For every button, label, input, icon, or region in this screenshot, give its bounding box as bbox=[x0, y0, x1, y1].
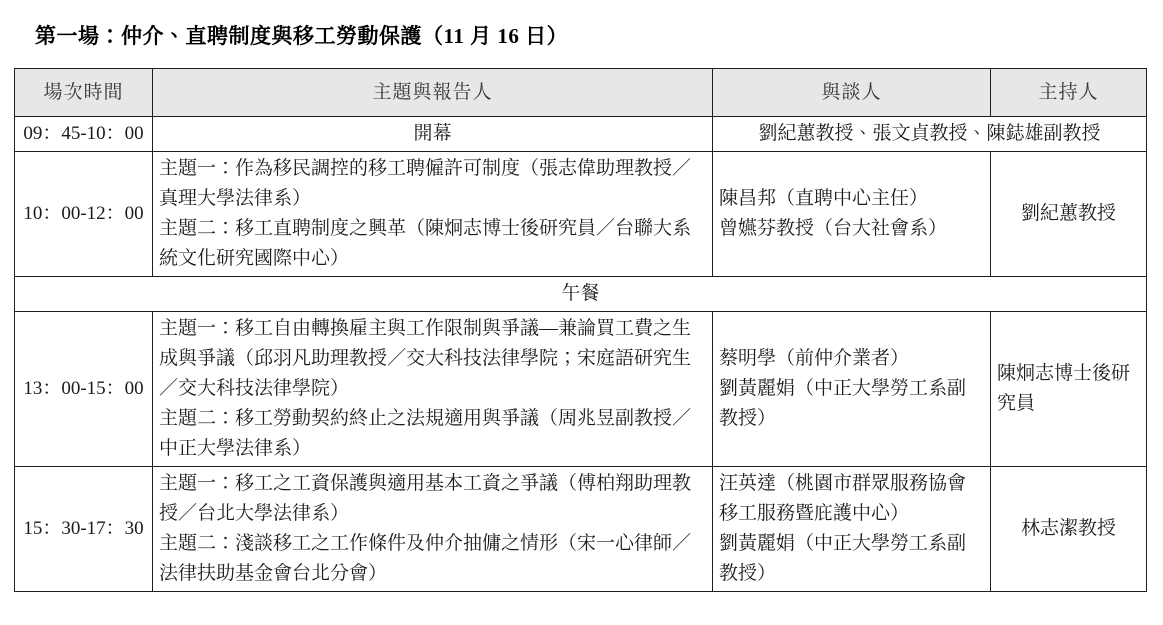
discussant-item: 劉黃麗娟（中正大學勞工系副教授） bbox=[719, 529, 984, 589]
session-time-cell: 10：00-12：00 bbox=[15, 152, 153, 277]
header-cell-topic: 主題與報告人 bbox=[153, 69, 713, 117]
session-topic-cell: 主題一：作為移民調控的移工聘僱許可制度（張志偉助理教授／真理大學法律系） 主題二… bbox=[153, 152, 713, 277]
topic-item: 主題二：移工勞動契約終止之法規適用與爭議（周兆昱副教授／中正大學法律系） bbox=[159, 404, 706, 464]
schedule-table: 場次時間 主題與報告人 與談人 主持人 09：45-10：00 開幕 劉紀蕙教授… bbox=[14, 68, 1147, 592]
discussant-item: 汪英達（桃園市群眾服務協會移工服務暨庇護中心） bbox=[719, 469, 984, 529]
session-host-cell: 林志潔教授 bbox=[991, 467, 1147, 592]
topic-item: 主題二：移工直聘制度之興革（陳炯志博士後研究員／台聯大系統文化研究國際中心） bbox=[159, 214, 706, 274]
header-cell-host: 主持人 bbox=[991, 69, 1147, 117]
session-topic-cell: 主題一：移工自由轉換雇主與工作限制與爭議—兼論買工費之生成與爭議（邱羽凡助理教授… bbox=[153, 312, 713, 467]
header-cell-time: 場次時間 bbox=[15, 69, 153, 117]
page-title: 第一場：仲介、直聘制度與移工勞動保護（11 月 16 日） bbox=[35, 20, 568, 50]
session-discussant-cell: 蔡明學（前仲介業者） 劉黃麗娟（中正大學勞工系副教授） bbox=[713, 312, 991, 467]
topic-item: 主題一：移工自由轉換雇主與工作限制與爭議—兼論買工費之生成與爭議（邱羽凡助理教授… bbox=[159, 314, 706, 404]
topic-item: 主題一：移工之工資保護與適用基本工資之爭議（傅柏翔助理教授／台北大學法律系） bbox=[159, 469, 706, 529]
session-time-cell: 13：00-15：00 bbox=[15, 312, 153, 467]
session-discussant-cell: 陳昌邦（直聘中心主任） 曾嬿芬教授（台大社會系） bbox=[713, 152, 991, 277]
topic-item: 主題二：淺談移工之工作條件及仲介抽傭之情形（宋一心律師／法律扶助基金會台北分會） bbox=[159, 529, 706, 589]
discussant-item: 陳昌邦（直聘中心主任） bbox=[719, 184, 984, 214]
header-cell-discussant: 與談人 bbox=[713, 69, 991, 117]
lunch-cell: 午餐 bbox=[15, 277, 1147, 312]
opening-guests-cell: 劉紀蕙教授、張文貞教授、陳鋕雄副教授 bbox=[713, 117, 1147, 152]
session-row: 15：30-17：30 主題一：移工之工資保護與適用基本工資之爭議（傅柏翔助理教… bbox=[15, 467, 1147, 592]
table-header-row: 場次時間 主題與報告人 與談人 主持人 bbox=[15, 69, 1147, 117]
topic-item: 主題一：作為移民調控的移工聘僱許可制度（張志偉助理教授／真理大學法律系） bbox=[159, 154, 706, 214]
session-host-cell: 劉紀蕙教授 bbox=[991, 152, 1147, 277]
opening-time-cell: 09：45-10：00 bbox=[15, 117, 153, 152]
session-host-cell: 陳炯志博士後研究員 bbox=[991, 312, 1147, 467]
discussant-item: 蔡明學（前仲介業者） bbox=[719, 344, 984, 374]
session-row: 13：00-15：00 主題一：移工自由轉換雇主與工作限制與爭議—兼論買工費之生… bbox=[15, 312, 1147, 467]
session-time-cell: 15：30-17：30 bbox=[15, 467, 153, 592]
discussant-item: 曾嬿芬教授（台大社會系） bbox=[719, 214, 984, 244]
session-row: 10：00-12：00 主題一：作為移民調控的移工聘僱許可制度（張志偉助理教授／… bbox=[15, 152, 1147, 277]
session-discussant-cell: 汪英達（桃園市群眾服務協會移工服務暨庇護中心） 劉黃麗娟（中正大學勞工系副教授） bbox=[713, 467, 991, 592]
discussant-item: 劉黃麗娟（中正大學勞工系副教授） bbox=[719, 374, 984, 434]
opening-label-cell: 開幕 bbox=[153, 117, 713, 152]
document-page: 第一場：仲介、直聘制度與移工勞動保護（11 月 16 日） 場次時間 主題與報告… bbox=[0, 0, 1163, 625]
lunch-row: 午餐 bbox=[15, 277, 1147, 312]
opening-row: 09：45-10：00 開幕 劉紀蕙教授、張文貞教授、陳鋕雄副教授 bbox=[15, 117, 1147, 152]
session-topic-cell: 主題一：移工之工資保護與適用基本工資之爭議（傅柏翔助理教授／台北大學法律系） 主… bbox=[153, 467, 713, 592]
